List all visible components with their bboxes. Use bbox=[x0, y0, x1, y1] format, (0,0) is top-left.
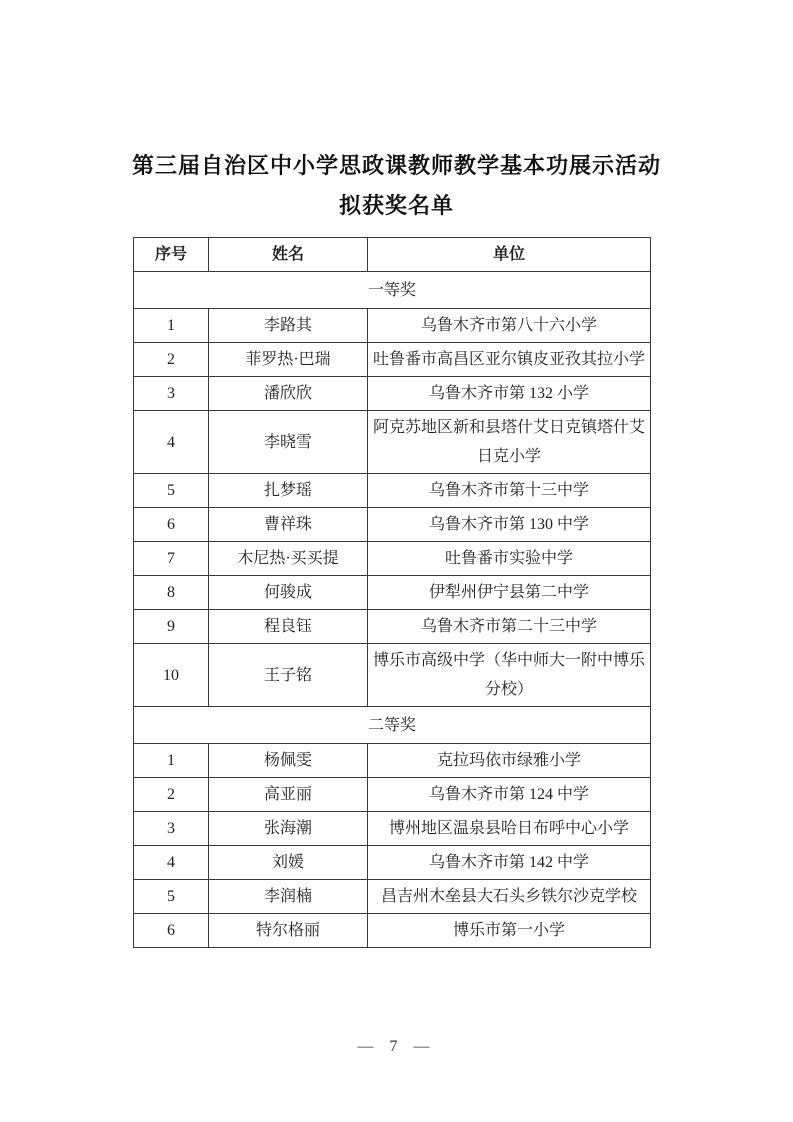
table-row: 7 木尼热·买买提 吐鲁番市实验中学 bbox=[134, 542, 651, 576]
table-row: 10 王子铭 博乐市高级中学（华中师大一附中博乐分校） bbox=[134, 644, 651, 707]
table-row: 6 特尔格丽 博乐市第一小学 bbox=[134, 914, 651, 948]
column-header-serial: 序号 bbox=[134, 238, 209, 272]
table-row: 1 李路其 乌鲁木齐市第八十六小学 bbox=[134, 309, 651, 343]
cell-winner-name: 曹祥珠 bbox=[209, 508, 368, 542]
cell-unit: 吐鲁番市实验中学 bbox=[368, 542, 651, 576]
cell-unit: 伊犁州伊宁县第二中学 bbox=[368, 576, 651, 610]
cell-serial-number: 6 bbox=[134, 508, 209, 542]
cell-serial-number: 4 bbox=[134, 846, 209, 880]
document-page: 第三届自治区中小学思政课教师教学基本功展示活动 拟获奖名单 序号 姓名 单位 一… bbox=[0, 0, 793, 1122]
cell-unit: 乌鲁木齐市第八十六小学 bbox=[368, 309, 651, 343]
cell-serial-number: 10 bbox=[134, 644, 209, 707]
cell-unit: 乌鲁木齐市第 132 小学 bbox=[368, 377, 651, 411]
cell-serial-number: 5 bbox=[134, 880, 209, 914]
table-row: 3 潘欣欣 乌鲁木齐市第 132 小学 bbox=[134, 377, 651, 411]
cell-winner-name: 李晓雪 bbox=[209, 411, 368, 474]
cell-winner-name: 特尔格丽 bbox=[209, 914, 368, 948]
table-header-row: 序号 姓名 单位 bbox=[134, 238, 651, 272]
cell-serial-number: 9 bbox=[134, 610, 209, 644]
cell-serial-number: 4 bbox=[134, 411, 209, 474]
cell-unit: 吐鲁番市高昌区亚尔镇皮亚孜其拉小学 bbox=[368, 343, 651, 377]
cell-unit: 乌鲁木齐市第十三中学 bbox=[368, 474, 651, 508]
cell-winner-name: 菲罗热·巴瑞 bbox=[209, 343, 368, 377]
cell-unit: 乌鲁木齐市第 142 中学 bbox=[368, 846, 651, 880]
cell-winner-name: 高亚丽 bbox=[209, 778, 368, 812]
cell-winner-name: 木尼热·买买提 bbox=[209, 542, 368, 576]
cell-unit: 乌鲁木齐市第 124 中学 bbox=[368, 778, 651, 812]
cell-serial-number: 3 bbox=[134, 812, 209, 846]
table-row: 5 李润楠 昌吉州木垒县大石头乡铁尔沙克学校 bbox=[134, 880, 651, 914]
document-title: 第三届自治区中小学思政课教师教学基本功展示活动 拟获奖名单 bbox=[0, 146, 793, 226]
page-number: — 7 — bbox=[0, 1038, 793, 1056]
cell-serial-number: 8 bbox=[134, 576, 209, 610]
cell-serial-number: 6 bbox=[134, 914, 209, 948]
table-row: 2 菲罗热·巴瑞 吐鲁番市高昌区亚尔镇皮亚孜其拉小学 bbox=[134, 343, 651, 377]
cell-serial-number: 5 bbox=[134, 474, 209, 508]
prize-section-label: 二等奖 bbox=[134, 707, 651, 744]
cell-serial-number: 1 bbox=[134, 309, 209, 343]
prize-section-row: 一等奖 bbox=[134, 272, 651, 309]
cell-winner-name: 李润楠 bbox=[209, 880, 368, 914]
cell-unit: 乌鲁木齐市第二十三中学 bbox=[368, 610, 651, 644]
cell-unit: 阿克苏地区新和县塔什艾日克镇塔什艾日克小学 bbox=[368, 411, 651, 474]
cell-winner-name: 何骏成 bbox=[209, 576, 368, 610]
awards-table: 序号 姓名 单位 一等奖 1 李路其 乌鲁木齐市第八十六小学 2 菲罗热·巴瑞 … bbox=[133, 237, 651, 948]
cell-serial-number: 7 bbox=[134, 542, 209, 576]
cell-serial-number: 3 bbox=[134, 377, 209, 411]
table-row: 4 李晓雪 阿克苏地区新和县塔什艾日克镇塔什艾日克小学 bbox=[134, 411, 651, 474]
cell-unit: 博乐市第一小学 bbox=[368, 914, 651, 948]
column-header-unit: 单位 bbox=[368, 238, 651, 272]
cell-winner-name: 张海潮 bbox=[209, 812, 368, 846]
cell-serial-number: 1 bbox=[134, 744, 209, 778]
cell-winner-name: 杨佩雯 bbox=[209, 744, 368, 778]
table-row: 1 杨佩雯 克拉玛依市绿雅小学 bbox=[134, 744, 651, 778]
cell-winner-name: 潘欣欣 bbox=[209, 377, 368, 411]
cell-unit: 博乐市高级中学（华中师大一附中博乐分校） bbox=[368, 644, 651, 707]
cell-unit: 乌鲁木齐市第 130 中学 bbox=[368, 508, 651, 542]
prize-section-label: 一等奖 bbox=[134, 272, 651, 309]
cell-unit: 博州地区温泉县哈日布呼中心小学 bbox=[368, 812, 651, 846]
document-title-line2: 拟获奖名单 bbox=[0, 186, 793, 226]
column-header-name: 姓名 bbox=[209, 238, 368, 272]
cell-winner-name: 扎梦瑶 bbox=[209, 474, 368, 508]
document-title-line1: 第三届自治区中小学思政课教师教学基本功展示活动 bbox=[0, 146, 793, 186]
table-row: 9 程良钰 乌鲁木齐市第二十三中学 bbox=[134, 610, 651, 644]
table-row: 5 扎梦瑶 乌鲁木齐市第十三中学 bbox=[134, 474, 651, 508]
table-row: 4 刘媛 乌鲁木齐市第 142 中学 bbox=[134, 846, 651, 880]
cell-unit: 克拉玛依市绿雅小学 bbox=[368, 744, 651, 778]
cell-winner-name: 程良钰 bbox=[209, 610, 368, 644]
cell-serial-number: 2 bbox=[134, 343, 209, 377]
cell-unit: 昌吉州木垒县大石头乡铁尔沙克学校 bbox=[368, 880, 651, 914]
table-row: 2 高亚丽 乌鲁木齐市第 124 中学 bbox=[134, 778, 651, 812]
cell-serial-number: 2 bbox=[134, 778, 209, 812]
table-row: 8 何骏成 伊犁州伊宁县第二中学 bbox=[134, 576, 651, 610]
table-row: 6 曹祥珠 乌鲁木齐市第 130 中学 bbox=[134, 508, 651, 542]
prize-section-row: 二等奖 bbox=[134, 707, 651, 744]
cell-winner-name: 王子铭 bbox=[209, 644, 368, 707]
cell-winner-name: 李路其 bbox=[209, 309, 368, 343]
table-row: 3 张海潮 博州地区温泉县哈日布呼中心小学 bbox=[134, 812, 651, 846]
cell-winner-name: 刘媛 bbox=[209, 846, 368, 880]
awards-table-body: 一等奖 1 李路其 乌鲁木齐市第八十六小学 2 菲罗热·巴瑞 吐鲁番市高昌区亚尔… bbox=[134, 272, 651, 948]
